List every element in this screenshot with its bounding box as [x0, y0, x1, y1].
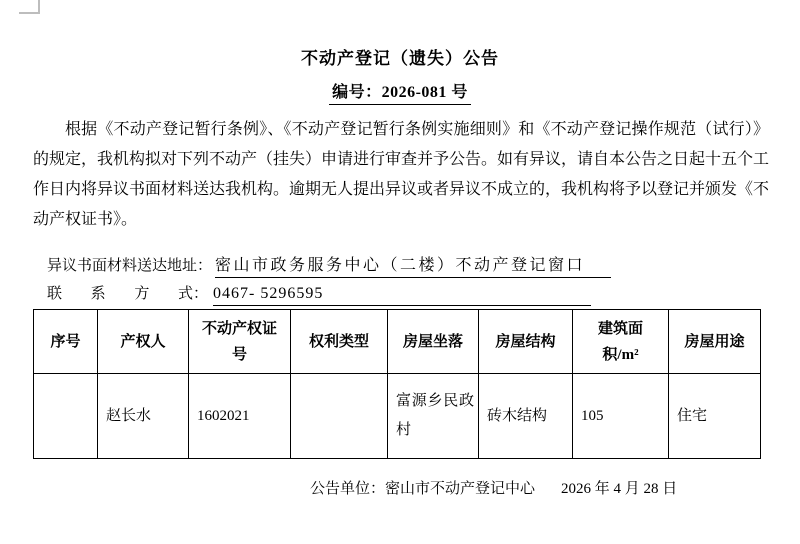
header-cell-serial: 序号 — [34, 310, 98, 374]
footer-date: 2026 年 4 月 28 日 — [561, 481, 677, 497]
header-cell-location: 房屋坐落 — [388, 310, 479, 374]
cell-usage: 住宅 — [669, 374, 761, 459]
document-page: 不动产登记（遗失）公告 编号：2026-081 号 根据《不动产登记暂行条例》、… — [0, 0, 800, 544]
cell-owner: 赵长水 — [98, 374, 189, 459]
cell-location: 富源乡民政村 — [388, 374, 479, 459]
cell-cert-number: 1602021 — [189, 374, 291, 459]
cell-structure: 砖木结构 — [479, 374, 573, 459]
page-title: 不动产登记（遗失）公告 — [0, 44, 800, 69]
cell-serial — [34, 374, 98, 459]
footer-unit: 公告单位：密山市不动产登记中心 — [310, 481, 535, 497]
doc-number-row: 编号：2026-081 号 — [0, 79, 800, 105]
doc-number: 编号：2026-081 号 — [329, 79, 471, 105]
table-header-row: 序号 产权人 不动产权证号 权利类型 房屋坐落 房屋结构 建筑面积/m² 房屋用… — [34, 310, 761, 374]
contact-colon: ： — [193, 286, 208, 302]
header-cell-area: 建筑面积/m² — [573, 310, 669, 374]
header-cell-structure: 房屋结构 — [479, 310, 573, 374]
header-cell-cert-number: 不动产权证号 — [189, 310, 291, 374]
cell-right-type — [291, 374, 388, 459]
header-cell-right-type: 权利类型 — [291, 310, 388, 374]
address-label: 异议书面材料送达地址： — [47, 258, 212, 274]
address-line: 异议书面材料送达地址：密山市政务服务中心（二楼）不动产登记窗口 — [47, 252, 611, 278]
announcement-body: 根据《不动产登记暂行条例》、《不动产登记暂行条例实施细则》和《不动产登记操作规范… — [33, 115, 769, 235]
property-table: 序号 产权人 不动产权证号 权利类型 房屋坐落 房屋结构 建筑面积/m² 房屋用… — [33, 309, 761, 459]
address-value: 密山市政务服务中心（二楼）不动产登记窗口 — [215, 252, 611, 278]
header-cell-owner: 产权人 — [98, 310, 189, 374]
header-cell-usage: 房屋用途 — [669, 310, 761, 374]
contact-value: 0467- 5296595 — [213, 285, 591, 306]
cell-area: 105 — [573, 374, 669, 459]
table-data-row: 赵长水 1602021 富源乡民政村 砖木结构 105 住宅 — [34, 374, 761, 459]
contact-line: 联 系 方 式 ：0467- 5296595 — [47, 282, 591, 306]
contact-label: 联 系 方 式 — [47, 282, 193, 303]
text-boundary-corner-mark-horizontal — [19, 12, 40, 14]
footer-line: 公告单位：密山市不动产登记中心2026 年 4 月 28 日 — [310, 477, 677, 498]
